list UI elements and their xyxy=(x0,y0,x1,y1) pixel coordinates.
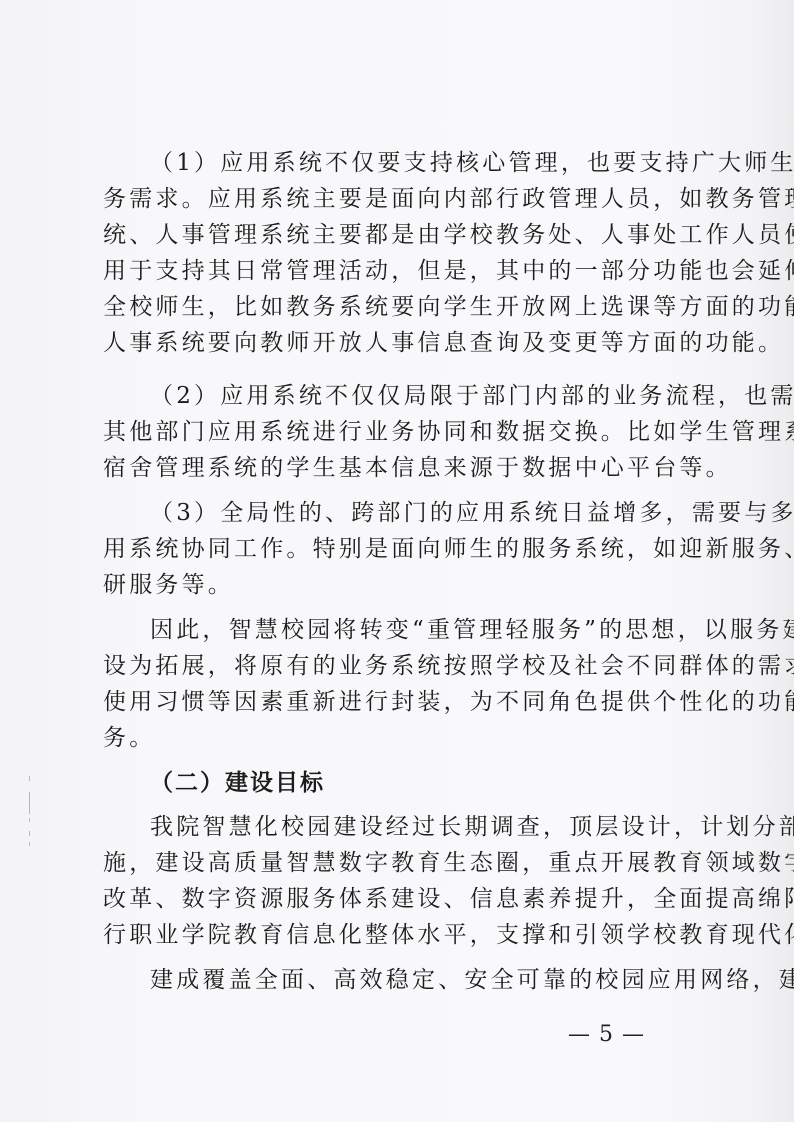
para-4-line-2: 设为拓展，将原有的业务系统按照学校及社会不同群体的需求、 xyxy=(103,648,703,684)
para-2-line-3: 宿舍管理系统的学生基本信息来源于数据中心平台等。 xyxy=(103,450,703,486)
para-5-line-3: 改革、数字资源服务体系建设、信息素养提升，全面提高绵阳飞 xyxy=(103,881,703,917)
para-1-line-2: 务需求。应用系统主要是面向内部行政管理人员，如教务管理系 xyxy=(103,181,703,217)
para-1-line-4: 用于支持其日常管理活动，但是，其中的一部分功能也会延伸到 xyxy=(103,253,703,289)
para-5-line-4: 行职业学院教育信息化整体水平，支撑和引领学校教育现代化。 xyxy=(103,917,703,953)
section-heading: （二）建设目标 xyxy=(150,765,750,801)
para-4-line-3: 使用习惯等因素重新进行封装，为不同角色提供个性化的功能服 xyxy=(103,684,703,720)
document-page: （1）应用系统不仅要支持核心管理，也要支持广大师生的服 务需求。应用系统主要是面… xyxy=(0,0,794,1122)
binding-marks xyxy=(29,776,31,846)
para-5-line-2: 施，建设高质量智慧数字教育生态圈，重点开展教育领域数字化 xyxy=(103,845,703,881)
para-3-line-1: （3）全局性的、跨部门的应用系统日益增多，需要与多个应 xyxy=(150,495,750,531)
para-2-line-2: 其他部门应用系统进行业务协同和数据交换。比如学生管理系统、 xyxy=(103,414,703,450)
para-1-line-1: （1）应用系统不仅要支持核心管理，也要支持广大师生的服 xyxy=(150,145,750,181)
para-5-line-1: 我院智慧化校园建设经过长期调查，顶层设计，计划分部实 xyxy=(150,809,750,845)
para-4-line-1: 因此，智慧校园将转变“重管理轻服务”的思想，以服务建 xyxy=(150,612,750,648)
para-1-line-5: 全校师生，比如教务系统要向学生开放网上选课等方面的功能， xyxy=(103,289,703,325)
para-1-line-3: 统、人事管理系统主要都是由学校教务处、人事处工作人员使用， xyxy=(103,217,703,253)
para-2-line-1: （2）应用系统不仅仅局限于部门内部的业务流程，也需要与 xyxy=(150,378,750,414)
para-1-line-6: 人事系统要向教师开放人事信息查询及变更等方面的功能。 xyxy=(103,325,703,361)
page-number: — 5 — xyxy=(568,1020,645,1050)
para-3-line-2: 用系统协同工作。特别是面向师生的服务系统，如迎新服务、科 xyxy=(103,531,703,567)
para-3-line-3: 研服务等。 xyxy=(103,567,703,603)
para-4-line-4: 务。 xyxy=(103,720,703,756)
para-6-line-1: 建成覆盖全面、高效稳定、安全可靠的校园应用网络，建立 xyxy=(150,962,750,998)
